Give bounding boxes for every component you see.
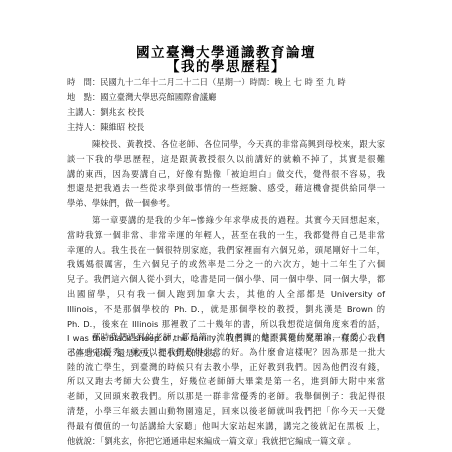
meta-place: 地 點：國立臺灣大學思亮館國際會議廳 bbox=[67, 91, 216, 103]
paragraph-3: 那時我們遇到的老師，都是第一流的老師，他不需要什麼理論，有愛心、自 己本身很優秀… bbox=[67, 330, 385, 448]
paragraph-line: 我媽媽很厲害，生六個兒子的或然率是二分之一的六次方，她十二年生了六個 bbox=[67, 257, 385, 272]
paragraph-line: 想還是把我過去一些從求學到做事情的一些經驗、感受，藉這機會提供給同學一 bbox=[67, 181, 385, 196]
paragraph-line: 己本身很優秀，就可以把我們教得非常的好。為什麼會這樣呢？因為那是一批大 bbox=[67, 345, 385, 360]
document-page: 國立臺灣大學通識教育論壇 【我的學思歷程】 時 間：民國九十二年十二月二十二日（… bbox=[0, 0, 452, 452]
paragraph-line: 談一下我的學思歷程，這是跟黃教授很久以前講好的就賴不掉了，其實是很難 bbox=[67, 152, 385, 167]
paragraph-line: 清楚，小學三年級去圓山動物園遠足，回來以後老師就叫我們把「你今天一天覺 bbox=[67, 404, 385, 419]
paragraph-line: 兒子。我們這六個人從小到大，唸書是同一個小學、同一個中學、同一個大學，都 bbox=[67, 272, 385, 287]
paragraph-line: 講的東西，因為要講自己，好像有點像「被迫坦白」做交代，覺得很不容易，我 bbox=[67, 167, 385, 182]
paragraph-line: Illinois，不是那個學校的 Ph. D.，就是那個學校的教授，劉兆漢是 B… bbox=[67, 302, 385, 317]
document-subtitle: 【我的學思歷程】 bbox=[0, 55, 452, 75]
meta-speaker: 主講人：劉兆玄 校長 bbox=[67, 106, 144, 118]
paragraph-line: 陳校長、黃教授、各位老師、各位同學，今天真的非常高興到母校來，跟大家 bbox=[67, 137, 385, 152]
paragraph-line: 他就說：「劉兆玄，你把它通通串起來編成一篇文章」我就把它編成一篇文章 。 bbox=[67, 434, 385, 449]
paragraph-1: 陳校長、黃教授、各位老師、各位同學，今天真的非常高興到母校來，跟大家 談一下我的… bbox=[67, 137, 385, 211]
paragraph-line: 學弟、學妹們，做一個參考。 bbox=[67, 196, 385, 211]
paragraph-line: 那時我們遇到的老師，都是第一流的老師，他不需要什麼理論，有愛心、自 bbox=[67, 330, 385, 345]
paragraph-line: 幸運的人。我生長在一個很特別家庭，我們家裡面有六個兄弟，頭尾剛好十二年， bbox=[67, 243, 385, 258]
meta-time: 時 間：民國九十二年十二月二十二日（星期一）時間：晚上 七 時 至 九 時 bbox=[67, 76, 346, 88]
paragraph-line: 老師，又回頭來教我們。所以那是一群非常優秀的老師。我舉個例子：我記得很 bbox=[67, 389, 385, 404]
paragraph-line: 得最有價值的一句話講給大家聽」他叫大家站起來講，講完之後就記在黑板 上， bbox=[67, 419, 385, 434]
paragraph-line: 所以又跑去考師大公費生，好幾位老師師大畢業是第一名，進到師大附中來當 bbox=[67, 374, 385, 389]
paragraph-line: 陸的流亡學生，到臺灣的時候只有去教小學，正好教到我們。因為他們沒有錢， bbox=[67, 360, 385, 375]
paragraph-line: 第一章要講的是我的少年─慘綠少年求學成長的過程。其實今天回想起來， bbox=[67, 213, 385, 228]
paragraph-line: 出國留學，只有我一個人跑到加拿大去，其他的人全部都是 University of bbox=[67, 287, 385, 302]
meta-host: 主持人：陳維昭 校長 bbox=[67, 121, 144, 133]
paragraph-line: 當時我算一個非常、非常幸運的年輕人，甚至在我的一生，我都覺得自己是非常 bbox=[67, 228, 385, 243]
